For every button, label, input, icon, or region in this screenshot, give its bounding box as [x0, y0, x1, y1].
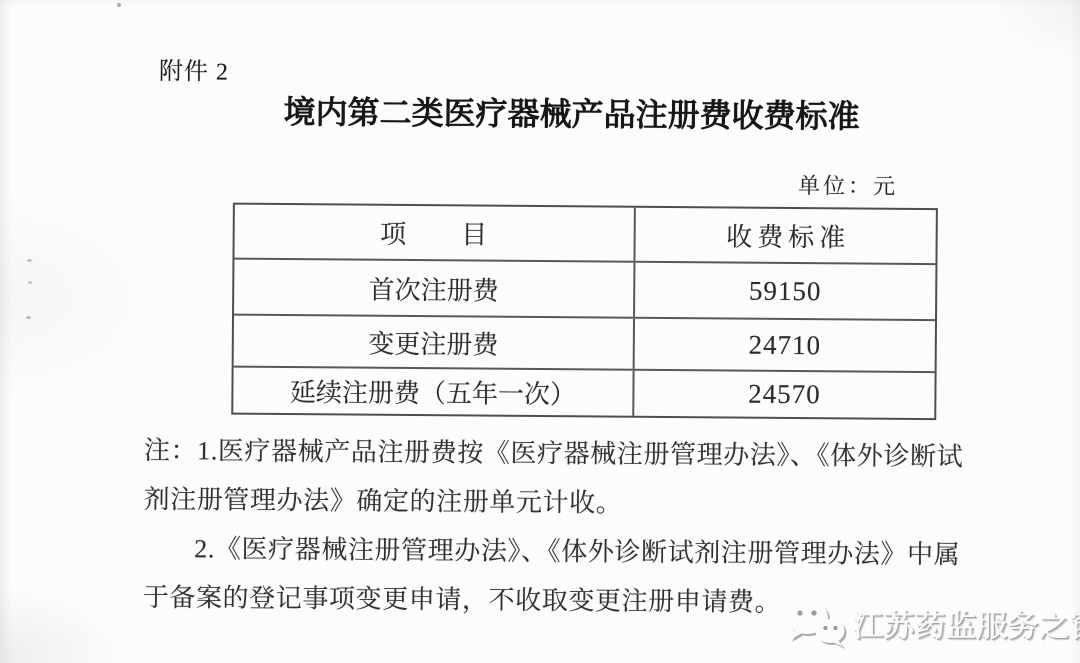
note-line-3: 2.《医疗器械注册管理办法》、《体外诊断试剂注册管理办法》中属 [194, 533, 960, 571]
table-row: 首次注册费 59150 [234, 258, 935, 320]
row-item-label: 变更注册费 [234, 316, 633, 369]
unit-label: 单位：元 [798, 169, 898, 201]
row-item-label: 首次注册费 [234, 260, 633, 317]
attachment-label: 附件 2 [159, 51, 229, 87]
scan-speck [26, 316, 31, 319]
fee-table: 项 目 收费标准 首次注册费 59150 变更注册费 24710 延续注册费（五… [231, 203, 938, 421]
scan-speck [27, 259, 32, 262]
column-header-item: 项 目 [234, 205, 633, 261]
scan-speck [117, 3, 121, 7]
row-item-label: 延续注册费（五年一次） [233, 368, 632, 416]
page-title: 境内第二类医疗器械产品注册费收费标准 [61, 92, 1080, 137]
note-line-1: 注：1.医疗器械产品注册费按《医疗器械注册管理办法》、《体外诊断试 [144, 435, 964, 473]
row-fee-value: 24710 [633, 319, 935, 371]
wechat-icon [784, 598, 846, 648]
table-row: 延续注册费（五年一次） 24570 [233, 366, 934, 419]
note-line-4: 于备案的登记事项变更申请，不收取变更注册申请费。 [143, 582, 782, 619]
watermark: 江苏药监服务之窗 [784, 598, 1080, 648]
scan-speck [28, 281, 32, 284]
document-content: 附件 2 境内第二类医疗器械产品注册费收费标准 单位：元 项 目 收费标准 首次… [0, 0, 1080, 663]
watermark-text: 江苏药监服务之窗 [853, 601, 1080, 645]
row-fee-value: 59150 [633, 263, 935, 319]
note-line-2: 剂注册管理办法》确定的注册单元计收。 [143, 484, 622, 520]
column-header-fee: 收费标准 [633, 208, 935, 263]
table-row: 变更注册费 24710 [234, 314, 935, 372]
table-header-row: 项 目 收费标准 [234, 205, 935, 264]
scanned-page: 附件 2 境内第二类医疗器械产品注册费收费标准 单位：元 项 目 收费标准 首次… [0, 0, 1080, 663]
row-fee-value: 24570 [632, 371, 934, 418]
